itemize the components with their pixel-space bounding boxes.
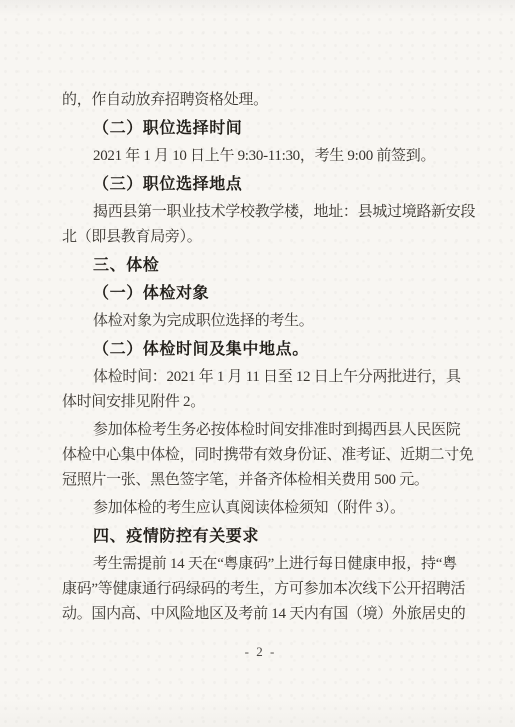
text-line: 体时间安排见附件 2。 [62, 390, 459, 415]
text-line: 四、疫情防控有关要求 [62, 524, 459, 549]
paragraph: 考生需提前 14 天在“粤康码”上进行每日健康申报，持“粤康码”等健康通行码绿码… [62, 552, 459, 627]
text-line: （三）职位选择地点 [62, 172, 459, 197]
paragraph: 揭西县第一职业技术学校教学楼，地址：县城过境路新安段北（即县教育局旁）。 [62, 200, 459, 250]
paragraph: 的，作自动放弃招聘资格处理。 [62, 88, 459, 113]
text-line: 的，作自动放弃招聘资格处理。 [62, 88, 459, 113]
text-line: 康码”等健康通行码绿码的考生，方可参加本次线下公开招聘活 [62, 577, 459, 602]
text-line: 体检中心集中体检，同时携带有效身份证、准考证、近期二寸免 [62, 443, 459, 468]
text-line: 揭西县第一职业技术学校教学楼，地址：县城过境路新安段 [62, 200, 459, 225]
text-line: （一）体检对象 [62, 281, 459, 306]
text-line: 体检时间：2021 年 1 月 11 日至 12 日上午分两批进行，具 [62, 365, 459, 390]
section-heading: 三、体检 [62, 253, 459, 278]
text-line: 北（即县教育局旁）。 [62, 225, 459, 250]
page-number: - 2 - [62, 644, 459, 660]
section-heading: （二）职位选择时间 [62, 116, 459, 141]
text-line: 动。国内高、中风险地区及考前 14 天内有国（境）外旅居史的 [62, 602, 459, 627]
document-body: 的，作自动放弃招聘资格处理。（二）职位选择时间2021 年 1 月 10 日上午… [62, 88, 459, 627]
paragraph: 参加体检考生务必按体检时间安排准时到揭西县人民医院体检中心集中体检，同时携带有效… [62, 418, 459, 493]
paragraph: 参加体检的考生应认真阅读体检须知（附件 3）。 [62, 496, 459, 521]
text-line: 考生需提前 14 天在“粤康码”上进行每日健康申报，持“粤 [62, 552, 459, 577]
document-page: 的，作自动放弃招聘资格处理。（二）职位选择时间2021 年 1 月 10 日上午… [0, 0, 515, 727]
text-line: 参加体检的考生应认真阅读体检须知（附件 3）。 [62, 496, 459, 521]
text-line: 体检对象为完成职位选择的考生。 [62, 309, 459, 334]
text-line: （二）体检时间及集中地点。 [62, 337, 459, 362]
text-line: 参加体检考生务必按体检时间安排准时到揭西县人民医院 [62, 418, 459, 443]
section-heading: （三）职位选择地点 [62, 172, 459, 197]
paragraph: 2021 年 1 月 10 日上午 9:30-11:30，考生 9:00 前签到… [62, 144, 459, 169]
text-line: 三、体检 [62, 253, 459, 278]
section-heading: （二）体检时间及集中地点。 [62, 337, 459, 362]
text-line: （二）职位选择时间 [62, 116, 459, 141]
text-line: 2021 年 1 月 10 日上午 9:30-11:30，考生 9:00 前签到… [62, 144, 459, 169]
paragraph: 体检对象为完成职位选择的考生。 [62, 309, 459, 334]
text-line: 冠照片一张、黑色签字笔，并备齐体检相关费用 500 元。 [62, 468, 459, 493]
section-heading: （一）体检对象 [62, 281, 459, 306]
section-heading: 四、疫情防控有关要求 [62, 524, 459, 549]
paragraph: 体检时间：2021 年 1 月 11 日至 12 日上午分两批进行，具体时间安排… [62, 365, 459, 415]
